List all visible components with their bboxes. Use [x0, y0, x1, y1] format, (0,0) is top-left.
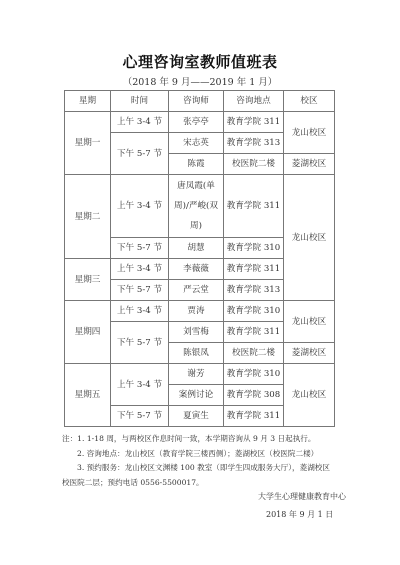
counselor-cell: 陈银凤 — [169, 343, 224, 364]
campus-cell: 菱湖校区 — [284, 343, 335, 364]
table-row: 星期二 上午 3-4 节 唐凤霞(单周)/严峻(双周) 教育学院 311 龙山校… — [65, 175, 335, 238]
counselor-cell: 严云堂 — [169, 280, 224, 301]
header-time: 时间 — [111, 91, 169, 112]
time-cell: 下午 5-7 节 — [111, 280, 169, 301]
campus-cell: 龙山校区 — [284, 301, 335, 343]
counselor-cell: 刘雪梅 — [169, 322, 224, 343]
notes-section: 注：1. 1-18 周，与两校区作息时间一致，本学期咨询从 9 月 3 日起执行… — [62, 432, 352, 490]
weekday-cell: 星期二 — [65, 175, 111, 259]
header-counselor: 咨询师 — [169, 91, 224, 112]
location-cell: 教育学院 310 — [224, 301, 284, 322]
campus-cell: 龙山校区 — [284, 364, 335, 427]
location-cell: 教育学院 313 — [224, 133, 284, 154]
counselor-cell: 贾涛 — [169, 301, 224, 322]
note-line-1: 注：1. 1-18 周，与两校区作息时间一致，本学期咨询从 9 月 3 日起执行… — [62, 432, 352, 447]
table-row: 星期一 上午 3-4 节 张亭亭 教育学院 311 龙山校区 — [65, 112, 335, 133]
header-campus: 校区 — [284, 91, 335, 112]
date-range-subtitle: （2018 年 9 月——2019 年 1 月） — [0, 74, 400, 88]
weekday-cell: 星期三 — [65, 259, 111, 301]
location-cell: 教育学院 311 — [224, 259, 284, 280]
location-cell: 教育学院 311 — [224, 175, 284, 238]
location-cell: 教育学院 313 — [224, 280, 284, 301]
weekday-cell: 星期四 — [65, 301, 111, 364]
time-cell: 下午 5-7 节 — [111, 238, 169, 259]
counselor-cell: 谢芳 — [169, 364, 224, 385]
signature-date: 2018 年 9 月 1 日 — [0, 509, 400, 520]
counselor-cell: 宋志英 — [169, 133, 224, 154]
duty-schedule-table: 星期 时间 咨询师 咨询地点 校区 星期一 上午 3-4 节 张亭亭 教育学院 … — [64, 90, 335, 427]
time-cell: 上午 3-4 节 — [111, 364, 169, 406]
time-cell: 下午 5-7 节 — [111, 322, 169, 364]
note-line-4: 校医院二层；预约电话 0556-5500017。 — [62, 476, 352, 491]
time-cell: 上午 3-4 节 — [111, 175, 169, 238]
weekday-cell: 星期五 — [65, 364, 111, 427]
table-row: 星期四 上午 3-4 节 贾涛 教育学院 310 龙山校区 — [65, 301, 335, 322]
campus-cell: 菱湖校区 — [284, 154, 335, 175]
time-cell: 上午 3-4 节 — [111, 112, 169, 133]
location-cell: 校医院二楼 — [224, 154, 284, 175]
campus-cell: 龙山校区 — [284, 175, 335, 301]
location-cell: 教育学院 310 — [224, 238, 284, 259]
location-cell: 教育学院 311 — [224, 406, 284, 427]
table-header-row: 星期 时间 咨询师 咨询地点 校区 — [65, 91, 335, 112]
counselor-cell: 李薇薇 — [169, 259, 224, 280]
header-location: 咨询地点 — [224, 91, 284, 112]
weekday-cell: 星期一 — [65, 112, 111, 175]
note-line-2: 2. 咨询地点：龙山校区（教育学院三楼西侧）；菱湖校区（校医院二楼） — [62, 447, 352, 462]
page-title: 心理咨询室教师值班表 — [0, 51, 400, 72]
time-cell: 下午 5-7 节 — [111, 133, 169, 175]
counselor-cell: 陈霞 — [169, 154, 224, 175]
time-cell: 上午 3-4 节 — [111, 301, 169, 322]
counselor-cell: 胡慧 — [169, 238, 224, 259]
table-row: 星期五 上午 3-4 节 谢芳 教育学院 310 龙山校区 — [65, 364, 335, 385]
location-cell: 教育学院 308 — [224, 385, 284, 406]
counselor-cell: 张亭亭 — [169, 112, 224, 133]
location-cell: 教育学院 310 — [224, 364, 284, 385]
location-cell: 教育学院 311 — [224, 322, 284, 343]
counselor-cell: 夏寅生 — [169, 406, 224, 427]
signature-organization: 大学生心理健康教育中心 — [0, 491, 400, 502]
note-line-3: 3. 预约服务：龙山校区文渊楼 100 教室（即学生四成服务大厅），菱湖校区 — [62, 461, 352, 476]
location-cell: 校医院二楼 — [224, 343, 284, 364]
counselor-cell: 唐凤霞(单周)/严峻(双周) — [169, 175, 224, 238]
header-weekday: 星期 — [65, 91, 111, 112]
time-cell: 上午 3-4 节 — [111, 259, 169, 280]
location-cell: 教育学院 311 — [224, 112, 284, 133]
campus-cell: 龙山校区 — [284, 112, 335, 154]
counselor-cell: 案例讨论 — [169, 385, 224, 406]
time-cell: 下午 5-7 节 — [111, 406, 169, 427]
